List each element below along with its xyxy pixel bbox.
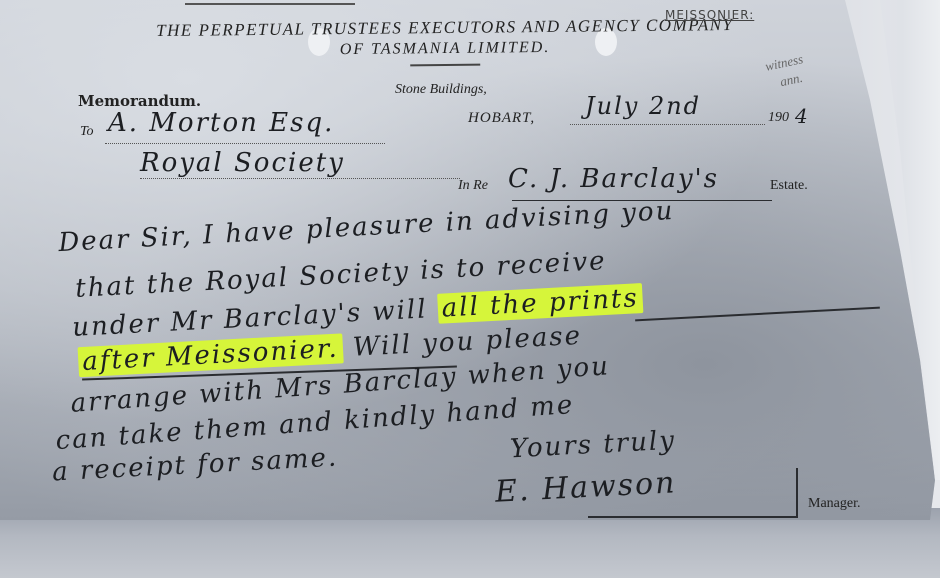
recipient-line xyxy=(105,143,385,144)
in-re-label: In Re xyxy=(458,178,488,194)
manager-title: Manager. xyxy=(808,496,860,512)
recipient-org: Royal Society xyxy=(140,148,345,178)
top-rule xyxy=(185,3,355,5)
address-label: Stone Buildings, xyxy=(395,82,487,98)
signature-underline xyxy=(588,516,798,518)
letterhead: THE PERPETUAL TRUSTEES EXECUTORS AND AGE… xyxy=(105,14,785,69)
to-label: To xyxy=(80,124,94,140)
signature-flourish xyxy=(796,468,798,516)
org-line xyxy=(140,178,460,179)
city-label: HOBART, xyxy=(468,110,535,127)
estate-name: C. J. Barclay's xyxy=(508,164,719,194)
date-handwritten: July 2nd xyxy=(585,92,701,120)
year-prefix: 190 xyxy=(768,110,789,126)
pencil-label-meissonier: MEISSONIER: xyxy=(665,8,754,22)
recipient-name: A. Morton Esq. xyxy=(108,108,334,138)
date-line xyxy=(570,124,765,125)
estate-label: Estate. xyxy=(770,178,808,194)
year-suffix: 4 xyxy=(795,104,810,128)
